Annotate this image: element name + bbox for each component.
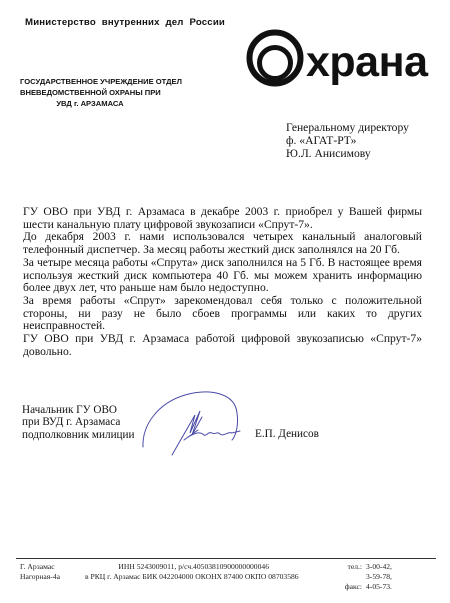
- addressee-position: Генеральному директору: [286, 121, 409, 134]
- footer-phone-values: 3-00-42, 3-59-78, 4-05-73.: [366, 562, 392, 592]
- footer-divider: [16, 558, 436, 559]
- footer-bank-details: ИНН 5243009011, р/сч.4050381090000000004…: [85, 562, 269, 582]
- footer-phone-label: [318, 572, 362, 582]
- organization-name: ГОСУДАРСТВЕННОЕ УЧРЕЖДЕНИЕ ОТДЕЛ ВНЕВЕДО…: [20, 76, 180, 109]
- addressee-name: Ю.Л. Анисимову: [286, 147, 409, 160]
- footer-address-city: Г. Арзамас: [20, 562, 60, 572]
- footer-phone-labels: тел.: факс:: [318, 562, 362, 592]
- addressee-company: ф. «АГАТ-РТ»: [286, 134, 409, 147]
- handwritten-signature-icon: [140, 385, 250, 465]
- signatory-title-line: Начальник ГУ ОВО: [22, 404, 135, 416]
- ministry-heading: Министерство внутренних дел России: [25, 17, 225, 28]
- logo-text: хрaна: [306, 41, 427, 84]
- footer-address-street: Нагорная-4а: [20, 572, 60, 582]
- footer-inn: ИНН 5243009011, р/сч.4050381090000000004…: [85, 562, 269, 572]
- org-line-1: ГОСУДАРСТВЕННОЕ УЧРЕЖДЕНИЕ ОТДЕЛ: [20, 76, 180, 87]
- body-paragraph: ГУ ОВО при УВД г. Арзамаса в декабре 200…: [23, 206, 422, 231]
- footer-fax: 4-05-73.: [366, 582, 392, 592]
- footer-fax-label: факс:: [318, 582, 362, 592]
- signatory-title: Начальник ГУ ОВО при ВУД г. Арзамаса под…: [22, 404, 135, 441]
- footer-bank: в РКЦ г. Арзамас БИК 042204000 ОКОНХ 874…: [85, 572, 269, 582]
- okhrana-logo: хрaна: [246, 30, 427, 86]
- body-paragraph: За четыре месяца работы «Спрута» диск за…: [23, 257, 422, 295]
- org-line-3: УВД г. АРЗАМАСА: [20, 98, 180, 109]
- footer-address: Г. Арзамас Нагорная-4а: [20, 562, 60, 582]
- signatory-title-line: при ВУД г. Арзамаса: [22, 416, 135, 428]
- body-paragraph: ГУ ОВО при УВД г. Арзамаса работой цифро…: [23, 333, 422, 358]
- footer-phone: 3-00-42,: [366, 562, 392, 572]
- addressee-block: Генеральному директору ф. «АГАТ-РТ» Ю.Л.…: [286, 121, 409, 160]
- body-paragraph: За время работы «Спрут» зарекомендовал с…: [23, 295, 422, 333]
- signatory-title-line: подполковник милиции: [22, 429, 135, 441]
- footer-phone-label: тел.:: [318, 562, 362, 572]
- signer-name: Е.П. Денисов: [255, 428, 319, 440]
- footer-phone: 3-59-78,: [366, 572, 392, 582]
- org-line-2: ВНЕВЕДОМСТВЕННОЙ ОХРАНЫ ПРИ: [20, 87, 180, 98]
- concentric-rings-logo-icon: [246, 29, 304, 87]
- letter-body: ГУ ОВО при УВД г. Арзамаса в декабре 200…: [23, 206, 422, 358]
- body-paragraph: До декабря 2003 г. нами использовался че…: [23, 231, 422, 256]
